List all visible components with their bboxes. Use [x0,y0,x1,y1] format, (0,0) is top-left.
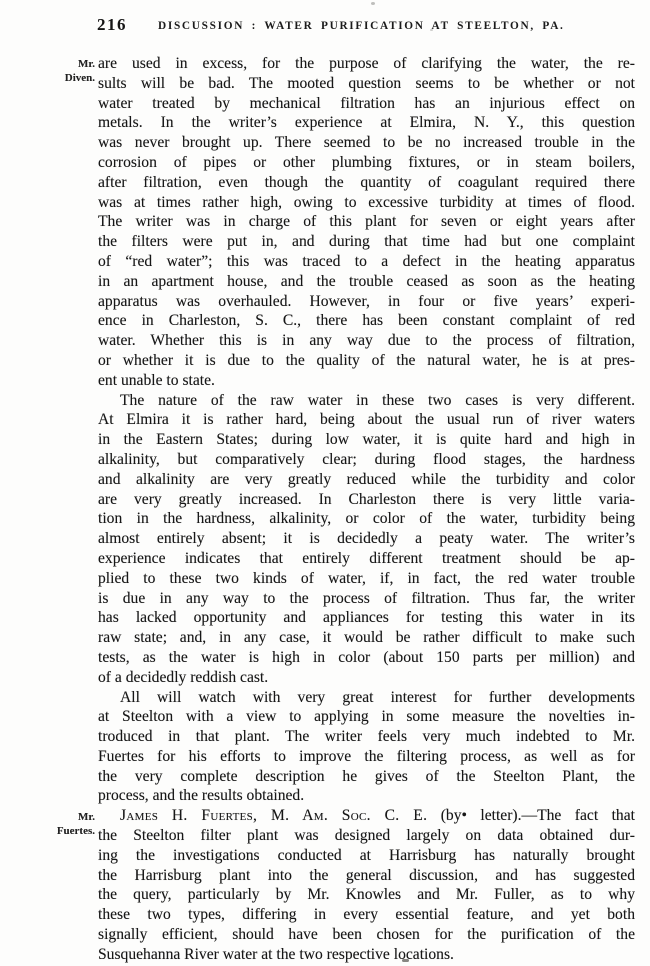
text-line: are very greatly increased. In Charlesto… [98,490,635,510]
text-line: alkalinity, but comparatively clear; dur… [98,450,635,470]
text-line: in the Eastern States; during low water,… [98,430,635,450]
page-title: DISCUSSION : WATER PURIFICATION AT STEEL… [158,20,565,32]
text-line: ing the investigations conducted at Harr… [98,846,635,866]
text-line: James H. Fuertes, M. Am. Soc. C. E. (by•… [98,806,635,826]
text-line: water treated by mechanical filtration h… [98,94,635,114]
margin-note-line: Diven. [26,71,95,85]
text-line: ent unable to state. [98,371,635,391]
text-line: the query, particularly by Mr. Knowles a… [98,885,635,905]
text-line: after filtration, even though the quanti… [98,173,635,193]
text-line: tests, as the water is high in color (ab… [98,648,635,668]
text-line: raw state; and, in any case, it would be… [98,628,635,648]
text-line: almost entirely absent; it is decidedly … [98,529,635,549]
text-line: signally efficient, should have been cho… [98,925,635,945]
text-line: are used in excess, for the purpose of c… [98,54,635,74]
page-number: 216 [97,15,127,35]
text-line: At Elmira it is rather hard, being about… [98,410,635,430]
scan-speck [402,959,409,962]
text-line: or whether it is due to the quality of t… [98,351,635,371]
margin-note-line: Mr. [26,810,95,824]
text-line: was at times rather high, owing to exces… [98,193,635,213]
text-line: All will watch with very great interest … [98,688,635,708]
text-line: in an apartment house, and the trouble c… [98,272,635,292]
text-line: metals. In the writer’s experience at El… [98,113,635,133]
text-line: corrosion of pipes or other plumbing fix… [98,153,635,173]
text-line: water. Whether this is in any way due to… [98,331,635,351]
paragraph: All will watch with very great interest … [98,688,635,807]
text-line: ence in Charleston, S. C., there has bee… [98,311,635,331]
scan-speck [371,2,375,5]
paragraph: The nature of the raw water in these two… [98,391,635,688]
text-line: the very complete description he gives o… [98,767,635,787]
text-line: the filters were put in, and during that… [98,232,635,252]
text-line: The nature of the raw water in these two… [98,391,635,411]
margin-note-fuertes: Mr.Fuertes. [26,810,95,838]
text-line: troduced in that plant. The writer feels… [98,727,635,747]
text-line: of a decidedly reddish cast. [98,668,635,688]
text-line: The writer was in charge of this plant f… [98,212,635,232]
text-line: the Steelton filter plant was designed l… [98,826,635,846]
text-line: was never brought up. There seemed to be… [98,133,635,153]
book-page: 216 DISCUSSION : WATER PURIFICATION AT S… [0,0,650,966]
text-line: has lacked opportunity and appliances fo… [98,608,635,628]
text-line: Susquehanna River water at the two respe… [98,945,635,965]
text-line: experience indicates that entirely diffe… [98,549,635,569]
text-segment: (by• letter).—The fact that [427,807,635,824]
running-head: 216 DISCUSSION : WATER PURIFICATION AT S… [0,0,650,48]
text-line: process, and the results obtained. [98,786,635,806]
text-line: the Harrisburg plant into the general di… [98,866,635,886]
text-line: is due in any way to the process of filt… [98,589,635,609]
body-text: are used in excess, for the purpose of c… [98,54,635,965]
margin-note-line: Mr. [26,57,95,71]
text-line: and alkalinity are very greatly reduced … [98,470,635,490]
text-line: at Steelton with a view to applying in s… [98,707,635,727]
text-line: tion in the hardness, alkalinity, or col… [98,509,635,529]
paragraph: are used in excess, for the purpose of c… [98,54,635,391]
text-line: sults will be bad. The mooted question s… [98,74,635,94]
smallcaps-name: James H. Fuertes, M. Am. Soc. C. E. [120,807,427,824]
paragraph: James H. Fuertes, M. Am. Soc. C. E. (by•… [98,806,635,964]
text-line: of “red water”; this was traced to a def… [98,252,635,272]
text-line: plied to these two kinds of water, if, i… [98,569,635,589]
margin-note-line: Fuertes. [26,824,95,838]
text-line: Fuertes for his efforts to improve the f… [98,747,635,767]
text-line: apparatus was overhauled. However, in fo… [98,292,635,312]
scan-speck [430,29,433,31]
text-line: these two types, differing in every esse… [98,905,635,925]
margin-note-diven: Mr.Diven. [26,57,95,85]
